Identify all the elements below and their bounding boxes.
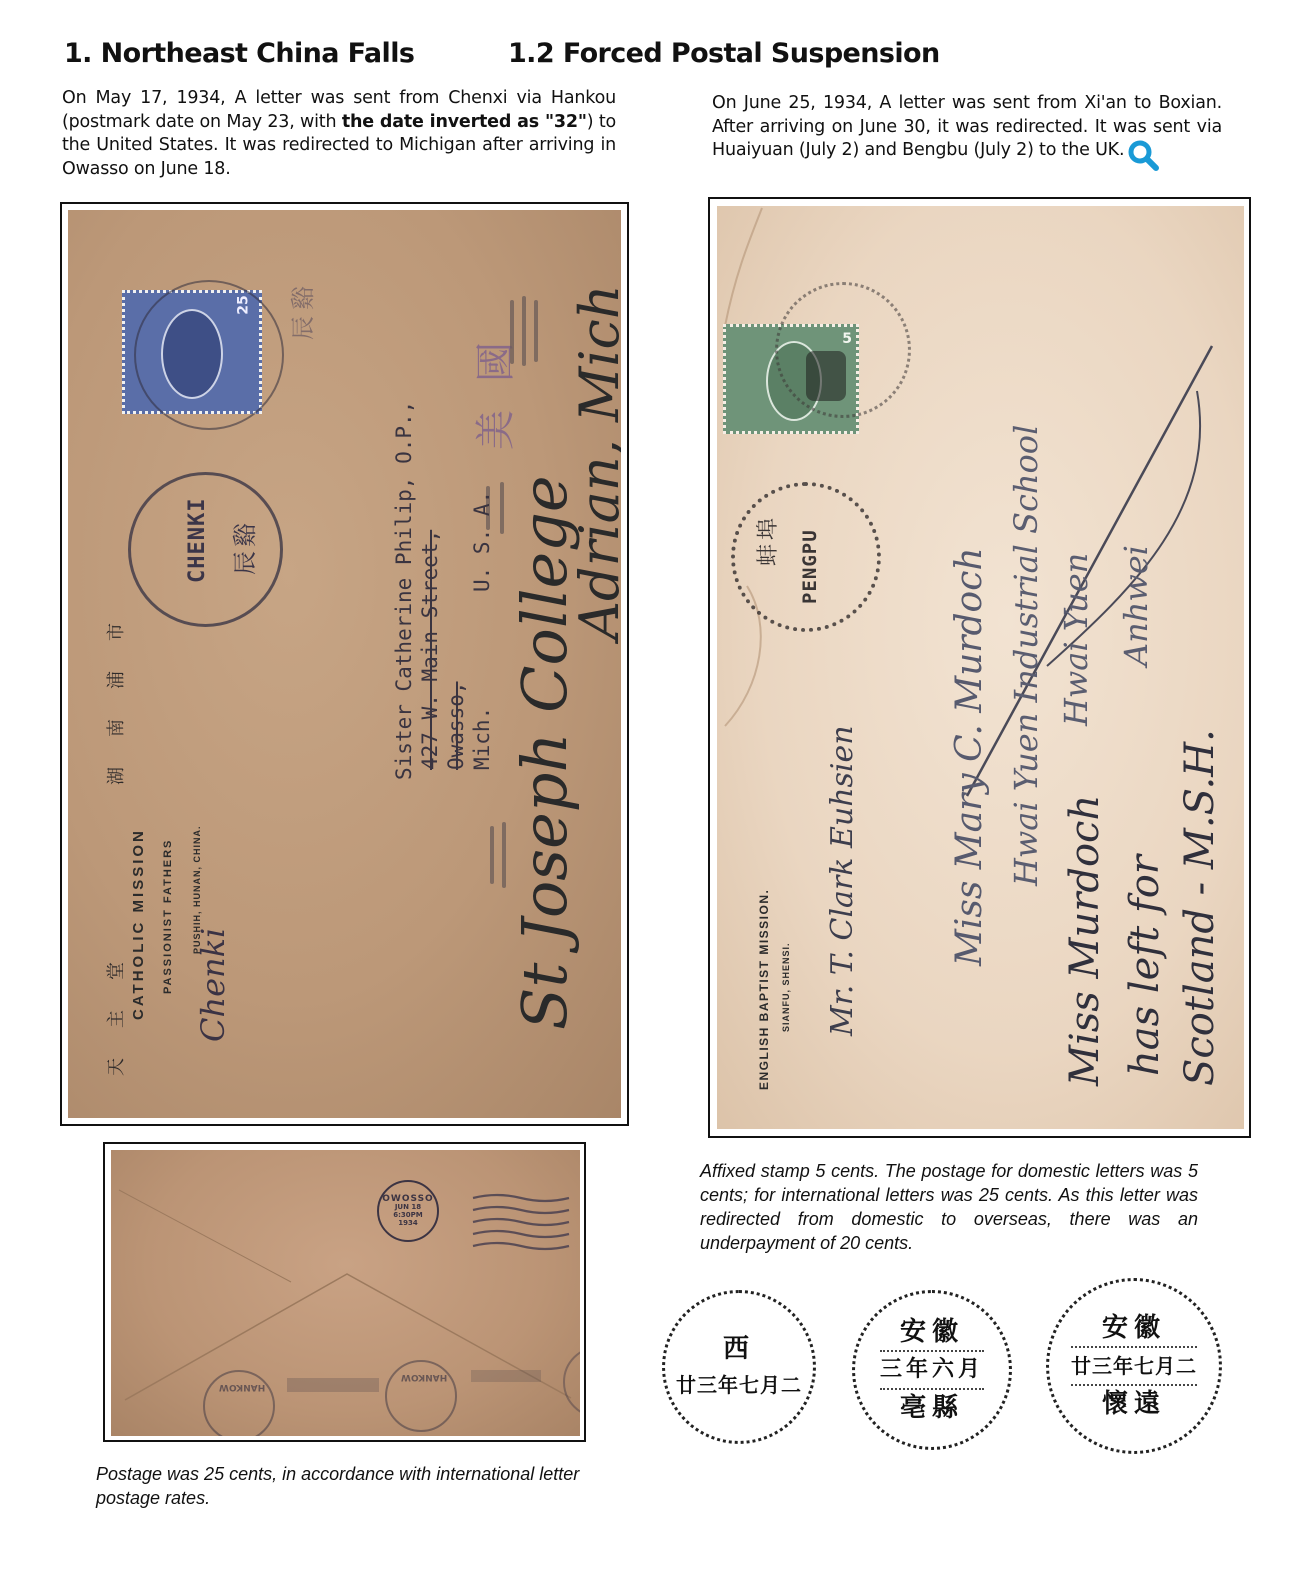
postmark-detail-bottom: 懷遠 xyxy=(1102,1386,1166,1422)
handwritten-origin: Chenki xyxy=(194,928,232,1042)
pengpu-postmark: PENGPU 蚌埠 xyxy=(731,482,881,632)
return-address-line-2: PASSIONIST FATHERS xyxy=(162,839,174,994)
transit-hatch xyxy=(490,826,494,884)
cjk-char: 堂 xyxy=(106,932,127,980)
cjk-char: 天 xyxy=(106,1028,127,1076)
postmark-detail-xian: 西 廿三年七月二 xyxy=(662,1290,816,1444)
cover-front-left-frame: 25 CHENKI 辰谿 辰谿 美國 Sister Catherine Phil… xyxy=(60,202,629,1126)
section-heading-left: 1. Northeast China Falls xyxy=(64,38,414,69)
postmark-year: 1934 xyxy=(398,1219,417,1227)
cjk-char: 湖 xyxy=(106,737,127,785)
search-icon[interactable] xyxy=(1126,138,1162,174)
cover-front-right-frame: 5 PENGPU 蚌埠 ENGLISH BAPTIST MISSION. SIA… xyxy=(708,197,1251,1138)
return-address-cjk-top: 湖南浦市 xyxy=(102,593,128,785)
postmark-detail-middle: 三年六月 xyxy=(880,1350,984,1390)
address-line-1: Sister Catherine Philip, O.P., xyxy=(392,401,416,780)
return-address-line-2: SIANFU, SHENSI. xyxy=(781,942,791,1032)
postmark-detail-huaiyuan: 安徽 廿三年七月二 懷遠 xyxy=(1046,1278,1222,1454)
cover-back-left-frame: OWOSSO JUN 18 6:30PM 1934 HANKOW HANKOW xyxy=(103,1142,586,1442)
owosso-postmark: OWOSSO JUN 18 6:30PM 1934 xyxy=(377,1180,439,1242)
transit-hatch xyxy=(510,300,514,364)
cjk-char: 南 xyxy=(106,689,127,737)
handwritten-note-line-3: Scotland - M.S.H. xyxy=(1177,729,1223,1086)
postmark-time: 6:30PM xyxy=(393,1211,423,1219)
transit-chop xyxy=(471,1370,541,1382)
return-address-line-1: CATHOLIC MISSION xyxy=(130,828,147,1020)
address-line-3-struck: Owasso, xyxy=(444,681,468,770)
cjk-char: 市 xyxy=(106,593,127,641)
postmark-date: JUN 18 xyxy=(395,1203,421,1211)
postmark-detail-top: 安徽 xyxy=(1102,1310,1166,1346)
transit-city: HANKOW xyxy=(401,1372,447,1382)
address-country: U. S. A. xyxy=(470,491,494,592)
postmark-detail-middle: 廿三年七月二 xyxy=(676,1367,802,1403)
cjk-char: 主 xyxy=(106,980,127,1028)
postmark-detail-top: 安徽 xyxy=(900,1314,964,1350)
address-line-2-struck: 427 W. Main Street, xyxy=(418,530,442,770)
handwritten-sender: Mr. T. Clark Euhsien xyxy=(825,725,860,1036)
envelope-flap-lines xyxy=(111,1150,580,1436)
envelope-front-chenki[interactable]: 25 CHENKI 辰谿 辰谿 美國 Sister Catherine Phil… xyxy=(68,210,621,1118)
transit-hatch xyxy=(500,482,504,534)
return-address-cjk-bottom: 天主堂 xyxy=(102,932,128,1076)
handwritten-note-line-1: Miss Murdoch xyxy=(1062,795,1108,1086)
transit-hatch xyxy=(534,300,538,362)
dotted-cancel-postmark xyxy=(775,282,911,418)
transit-city: HANKOW xyxy=(219,1382,265,1392)
hankow-postmark: HANKOW xyxy=(385,1360,457,1432)
right-caption: Affixed stamp 5 cents. The postage for d… xyxy=(700,1159,1198,1255)
postmark-detail-boxian: 安徽 三年六月 亳縣 xyxy=(852,1290,1012,1450)
postmark-city-text: CHENKI xyxy=(185,498,210,583)
handwritten-addressee-line-2: Hwai Yuen Industrial School xyxy=(1007,425,1045,886)
envelope-back-chenki[interactable]: OWOSSO JUN 18 6:30PM 1934 HANKOW HANKOW xyxy=(111,1150,580,1436)
handwritten-addressee-line-3: Hwai Yuen xyxy=(1057,553,1095,726)
handwritten-addressee-line-4: Anhwei xyxy=(1117,545,1155,666)
postmark-detail-middle: 廿三年七月二 xyxy=(1071,1346,1197,1386)
pencil-cjk-note: 辰谿 xyxy=(283,280,318,340)
handwritten-addressee-line-1: Miss Mary C. Murdoch xyxy=(949,547,990,966)
cjk-char: 浦 xyxy=(106,641,127,689)
section-heading-right: 1.2 Forced Postal Suspension xyxy=(508,38,940,69)
postmark-city: OWOSSO xyxy=(382,1195,433,1203)
hankow-postmark: HANKOW xyxy=(203,1370,275,1436)
transit-chop xyxy=(287,1378,379,1392)
address-line-4: Mich. xyxy=(470,707,494,770)
transit-hatch xyxy=(522,296,526,366)
postmark-cjk: 蚌埠 xyxy=(751,514,782,566)
return-address-line-1: ENGLISH BAPTIST MISSION. xyxy=(757,889,771,1090)
chenki-postmark: CHENKI 辰谿 xyxy=(128,472,283,627)
handwritten-note-line-2: has left for xyxy=(1122,855,1168,1076)
postmark-cjk: 辰谿 xyxy=(225,519,260,575)
postmark-detail-bottom: 亳縣 xyxy=(900,1390,964,1426)
left-description-bold: the date inverted as "32" xyxy=(342,112,587,132)
stamp-cancel-postmark xyxy=(134,280,284,430)
redirect-handwriting-city: Adrian, Mich xyxy=(568,284,621,640)
envelope-front-pengpu[interactable]: 5 PENGPU 蚌埠 ENGLISH BAPTIST MISSION. SIA… xyxy=(717,206,1244,1129)
transit-hatch xyxy=(502,822,506,888)
left-description: On May 17, 1934, A letter was sent from … xyxy=(62,87,616,181)
left-caption: Postage was 25 cents, in accordance with… xyxy=(96,1462,596,1510)
postmark-city-text: PENGPU xyxy=(799,529,821,604)
postmark-detail-top: 西 xyxy=(723,1331,755,1367)
